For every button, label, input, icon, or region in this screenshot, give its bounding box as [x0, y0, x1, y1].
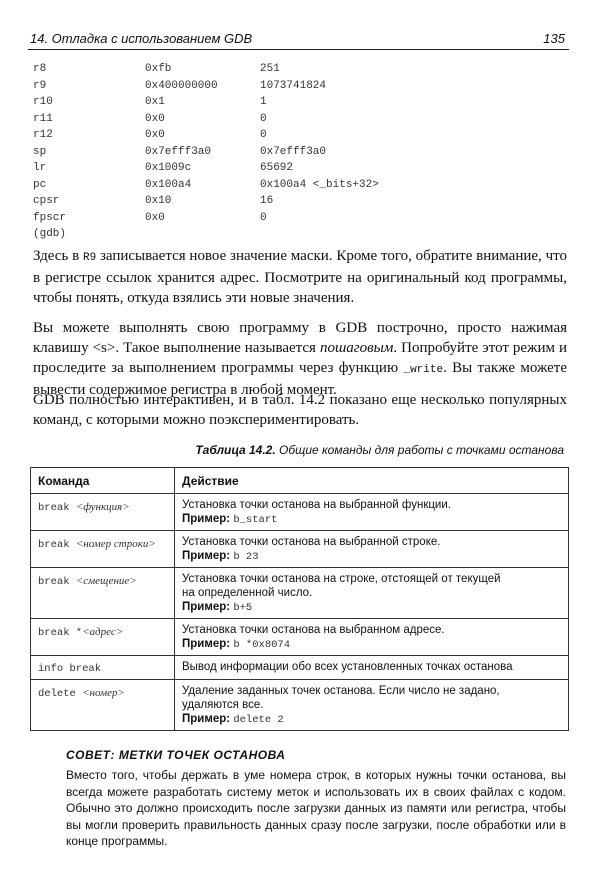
example-label: Пример:: [182, 638, 233, 650]
register-hex: 0x0: [145, 212, 165, 224]
action-text: Установка точки останова на выбранном ад…: [182, 623, 560, 637]
register-value: 0: [260, 113, 267, 125]
register-value: 251: [260, 63, 280, 75]
table-header-row: Команда Действие: [31, 468, 569, 494]
running-header: 14. Отладка с использованием GDB 135: [28, 29, 569, 50]
register-value: 0: [260, 129, 267, 141]
register-name: r12: [33, 129, 53, 141]
action-cell: Установка точки останова на выбранной ст…: [175, 531, 569, 568]
paragraph-1: Здесь в R9 записывается новое значение м…: [33, 246, 567, 308]
register-hex: 0x100a4: [145, 179, 191, 191]
page-number: 135: [543, 31, 565, 46]
example-code: b_start: [233, 514, 277, 526]
tip-title: Совет: метки точек останова: [66, 748, 285, 762]
register-name: fpscr: [33, 212, 66, 224]
register-name: cpsr: [33, 195, 59, 207]
action-text: Установка точки останова на строке, отст…: [182, 572, 512, 600]
example-line: Пример: b *0x8074: [182, 637, 560, 652]
register-row: pc0x100a40x100a4 <_bits+32>: [33, 179, 433, 196]
example-code: b 23: [233, 551, 258, 563]
table-row: break <смещение> Установка точки останов…: [31, 568, 569, 619]
register-hex: 0x10: [145, 195, 171, 207]
action-text: Установка точки останова на выбранной ст…: [182, 535, 560, 549]
table-caption: Таблица 14.2. Общие команды для работы с…: [195, 443, 564, 457]
register-hex: 0x1009c: [145, 162, 191, 174]
example-label: Пример:: [182, 713, 233, 725]
command: break: [38, 502, 76, 514]
command-cell: break <смещение>: [31, 568, 175, 619]
example-code: b+5: [233, 602, 252, 614]
register-row: r80xfb251: [33, 63, 433, 80]
register-hex: 0x0: [145, 113, 165, 125]
example-line: Пример: b_start: [182, 512, 560, 527]
register-value: 65692: [260, 162, 293, 174]
command: break *: [38, 627, 82, 639]
register-value: 0x7efff3a0: [260, 146, 326, 158]
command-cell: break *<адрес>: [31, 619, 175, 656]
register-row: r120x00: [33, 129, 433, 146]
register-name: sp: [33, 146, 46, 158]
example-line: Пример: delete 2: [182, 712, 560, 727]
register-hex: 0x0: [145, 129, 165, 141]
action-text: Удаление заданных точек останова. Если ч…: [182, 684, 502, 712]
inline-code: _write: [403, 364, 443, 376]
command-arg: <номер>: [82, 687, 125, 699]
register-row: cpsr0x1016: [33, 195, 433, 212]
caption-text: Общие команды для работы с точками остан…: [276, 443, 564, 457]
command-arg: <адрес>: [82, 626, 123, 638]
tip-body: Вместо того, чтобы держать в уме номера …: [66, 767, 566, 850]
action-cell: Установка точки останова на выбранном ад…: [175, 619, 569, 656]
table-row: break <функция> Установка точки останова…: [31, 494, 569, 531]
command: delete: [38, 688, 82, 700]
action-cell: Установка точки останова на строке, отст…: [175, 568, 569, 619]
command-arg: <номер строки>: [76, 538, 156, 550]
register-row: lr0x1009c65692: [33, 162, 433, 179]
action-cell: Установка точки останова на выбранной фу…: [175, 494, 569, 531]
register-name: pc: [33, 179, 46, 191]
action-text: Вывод информации обо всех установленных …: [182, 660, 560, 674]
table-row: break *<адрес> Установка точки останова …: [31, 619, 569, 656]
register-row: r90x4000000001073741824: [33, 80, 433, 97]
example-label: Пример:: [182, 550, 233, 562]
example-label: Пример:: [182, 601, 233, 613]
example-code: b *0x8074: [233, 639, 290, 651]
action-cell: Вывод информации обо всех установленных …: [175, 656, 569, 680]
action-cell: Удаление заданных точек останова. Если ч…: [175, 680, 569, 731]
gdb-prompt: (gdb): [33, 228, 66, 240]
command-cell: delete <номер>: [31, 680, 175, 731]
caption-label: Таблица 14.2.: [195, 443, 275, 457]
command-arg: <смещение>: [76, 575, 137, 587]
register-value: 1073741824: [260, 80, 326, 92]
register-name: lr: [33, 162, 46, 174]
example-label: Пример:: [182, 513, 233, 525]
register-hex: 0x400000000: [145, 80, 218, 92]
paragraph-2: Вы можете выполнять свою программу в GDB…: [33, 318, 567, 400]
action-text: Установка точки останова на выбранной фу…: [182, 498, 560, 512]
command: break: [38, 576, 76, 588]
example-line: Пример: b+5: [182, 600, 560, 615]
column-header-action: Действие: [175, 468, 569, 494]
register-row: fpscr0x00: [33, 212, 433, 229]
command-cell: info break: [31, 656, 175, 680]
register-value: 0x100a4 <_bits+32>: [260, 179, 379, 191]
register-row: sp0x7efff3a00x7efff3a0: [33, 146, 433, 163]
command-arg: <функция>: [76, 501, 130, 513]
breakpoint-commands-table: Команда Действие break <функция> Установ…: [30, 467, 569, 731]
table-row: info break Вывод информации обо всех уст…: [31, 656, 569, 680]
paragraph-3: GDB полностью интерактивен, и в табл. 14…: [33, 390, 567, 430]
register-value: 1: [260, 96, 267, 108]
text: Здесь в: [33, 248, 83, 264]
register-row: r100x11: [33, 96, 433, 113]
example-code: delete 2: [233, 714, 283, 726]
register-row: r110x00: [33, 113, 433, 130]
example-line: Пример: b 23: [182, 549, 560, 564]
register-dump: r80xfb251 r90x4000000001073741824 r100x1…: [33, 63, 433, 245]
text: записывается новое значение маски. Кроме…: [33, 248, 567, 306]
inline-code: R9: [83, 252, 96, 264]
gdb-prompt-row: (gdb): [33, 228, 433, 245]
table-row: break <номер строки> Установка точки ост…: [31, 531, 569, 568]
register-name: r8: [33, 63, 46, 75]
register-hex: 0x1: [145, 96, 165, 108]
register-hex: 0x7efff3a0: [145, 146, 211, 158]
register-name: r10: [33, 96, 53, 108]
command: info break: [38, 663, 101, 675]
chapter-title: 14. Отладка с использованием GDB: [30, 31, 252, 46]
emphasis: пошаговым: [320, 340, 393, 356]
column-header-command: Команда: [31, 468, 175, 494]
register-hex: 0xfb: [145, 63, 171, 75]
register-value: 16: [260, 195, 273, 207]
register-name: r9: [33, 80, 46, 92]
command-cell: break <функция>: [31, 494, 175, 531]
command-cell: break <номер строки>: [31, 531, 175, 568]
command: break: [38, 539, 76, 551]
table-row: delete <номер> Удаление заданных точек о…: [31, 680, 569, 731]
register-value: 0: [260, 212, 267, 224]
register-name: r11: [33, 113, 53, 125]
